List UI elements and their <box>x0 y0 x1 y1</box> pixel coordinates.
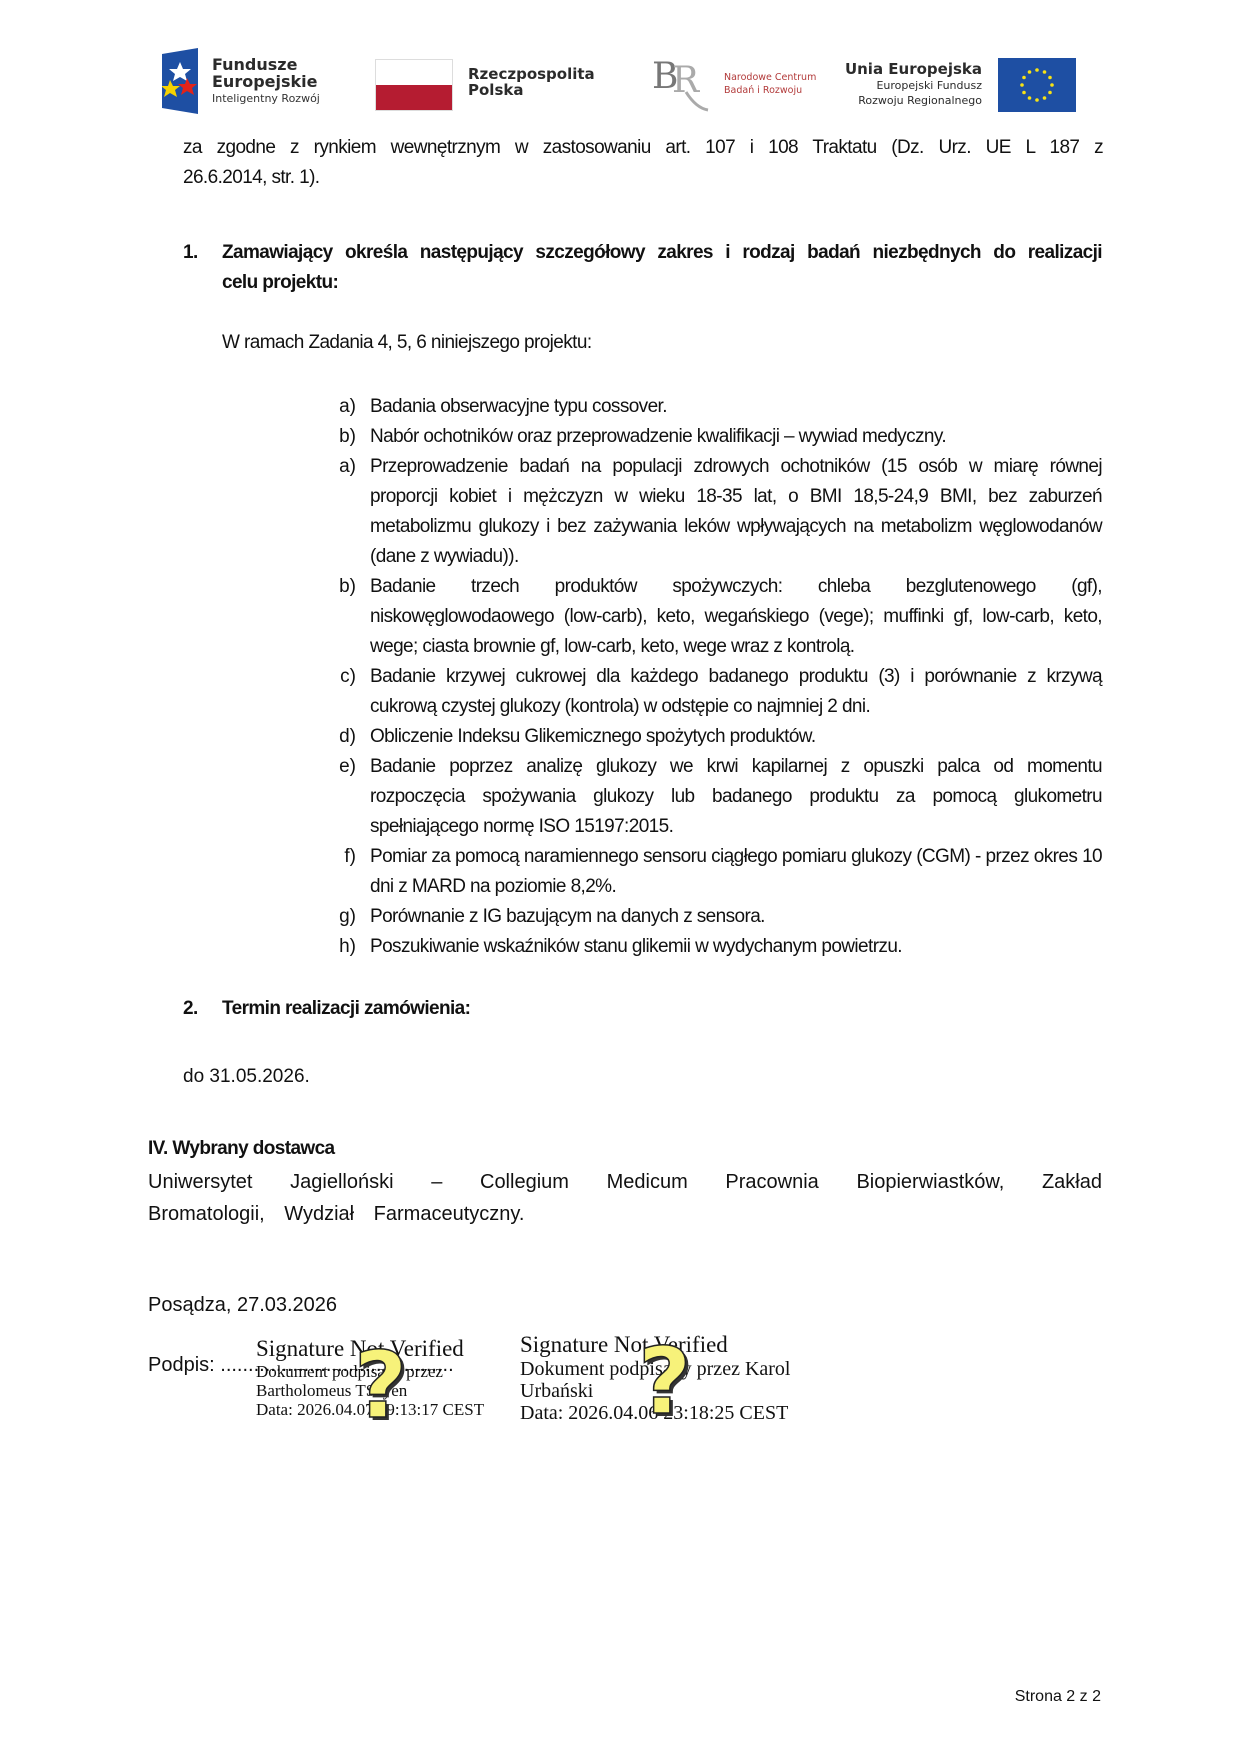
document-page: Fundusze Europejskie Inteligentny Rozwój… <box>0 0 1241 1755</box>
page-number: Strona 2 z 2 <box>1015 1688 1101 1706</box>
list-label: a) <box>330 392 356 422</box>
question-mark-icon: ? <box>638 1336 691 1428</box>
list-item: Nabór ochotników oraz przeprowadzenie kw… <box>370 422 1102 452</box>
ncbr-logo-icon: B R <box>652 56 710 112</box>
list-item: Pomiar za pomocą naramiennego sensoru ci… <box>370 842 1102 902</box>
logo-line: Polska <box>468 82 595 98</box>
list-label: c) <box>330 662 356 692</box>
list-label: b) <box>330 572 356 602</box>
list-item: Badanie trzech produktów spożywczych: ch… <box>370 572 1102 662</box>
supplier-name: Uniwersytet Jagielloński – Collegium Med… <box>148 1166 1102 1230</box>
list-label: f) <box>330 842 356 872</box>
section-2-title: Termin realizacji zamówienia: <box>222 994 470 1024</box>
list-label: a) <box>330 452 356 482</box>
list-item: Badania obserwacyjne typu cossover. <box>370 392 1102 422</box>
section-1-subtitle: W ramach Zadania 4, 5, 6 niniejszego pro… <box>222 328 592 358</box>
logo-line: Europejski Fundusz <box>762 78 982 93</box>
section-iv-title: IV. Wybrany dostawca <box>148 1134 335 1164</box>
place-date: Posądza, 27.03.2026 <box>148 1290 337 1320</box>
logo-line: Europejskie <box>212 73 320 90</box>
logo-line: Fundusze <box>212 56 320 73</box>
rzeczpospolita-polska-text: Rzeczpospolita Polska <box>468 66 595 98</box>
section-1-title: Zamawiający określa następujący szczegół… <box>222 238 1102 298</box>
list-item: Obliczenie Indeksu Glikemicznego spożyty… <box>370 722 1102 752</box>
deadline-value: do 31.05.2026. <box>183 1062 310 1092</box>
list-label: h) <box>330 932 356 962</box>
header-logos: Fundusze Europejskie Inteligentny Rozwój… <box>162 46 1082 114</box>
fundusze-europejskie-logo-icon <box>162 48 198 114</box>
logo-line: Inteligentny Rozwój <box>212 92 320 106</box>
section-title-line: celu projektu: <box>222 268 1102 298</box>
list-item: Poszukiwanie wskaźników stanu glikemii w… <box>370 932 1102 962</box>
section-title-line: Zamawiający określa następujący szczegół… <box>222 238 1102 268</box>
list-item: Przeprowadzenie badań na populacji zdrow… <box>370 452 1102 572</box>
list-label: d) <box>330 722 356 752</box>
question-mark-icon: ? <box>354 1340 407 1432</box>
list-item: Badanie krzywej cukrowej dla każdego bad… <box>370 662 1102 722</box>
unia-europejska-text: Unia Europejska Europejski Fundusz Rozwo… <box>762 60 982 108</box>
eu-flag-icon <box>998 58 1076 112</box>
list-label: b) <box>330 422 356 452</box>
intro-line: za zgodne z rynkiem wewnętrznym w zastos… <box>183 133 1103 163</box>
list-item: Porównanie z IG bazującym na danych z se… <box>370 902 1102 932</box>
intro-line: 26.6.2014, str. 1). <box>183 163 1103 193</box>
logo-line: Rozwoju Regionalnego <box>762 93 982 108</box>
logo-line: Rzeczpospolita <box>468 66 595 82</box>
fundusze-europejskie-text: Fundusze Europejskie Inteligentny Rozwój <box>212 56 320 106</box>
intro-paragraph: za zgodne z rynkiem wewnętrznym w zastos… <box>183 133 1103 193</box>
list-label: g) <box>330 902 356 932</box>
svg-text:R: R <box>672 60 700 101</box>
section-2-number: 2. <box>183 994 198 1024</box>
section-1-number: 1. <box>183 238 198 268</box>
list-label: e) <box>330 752 356 782</box>
list-item: Badanie poprzez analizę glukozy we krwi … <box>370 752 1102 842</box>
logo-line: Unia Europejska <box>762 60 982 78</box>
polish-flag-icon <box>375 59 453 111</box>
